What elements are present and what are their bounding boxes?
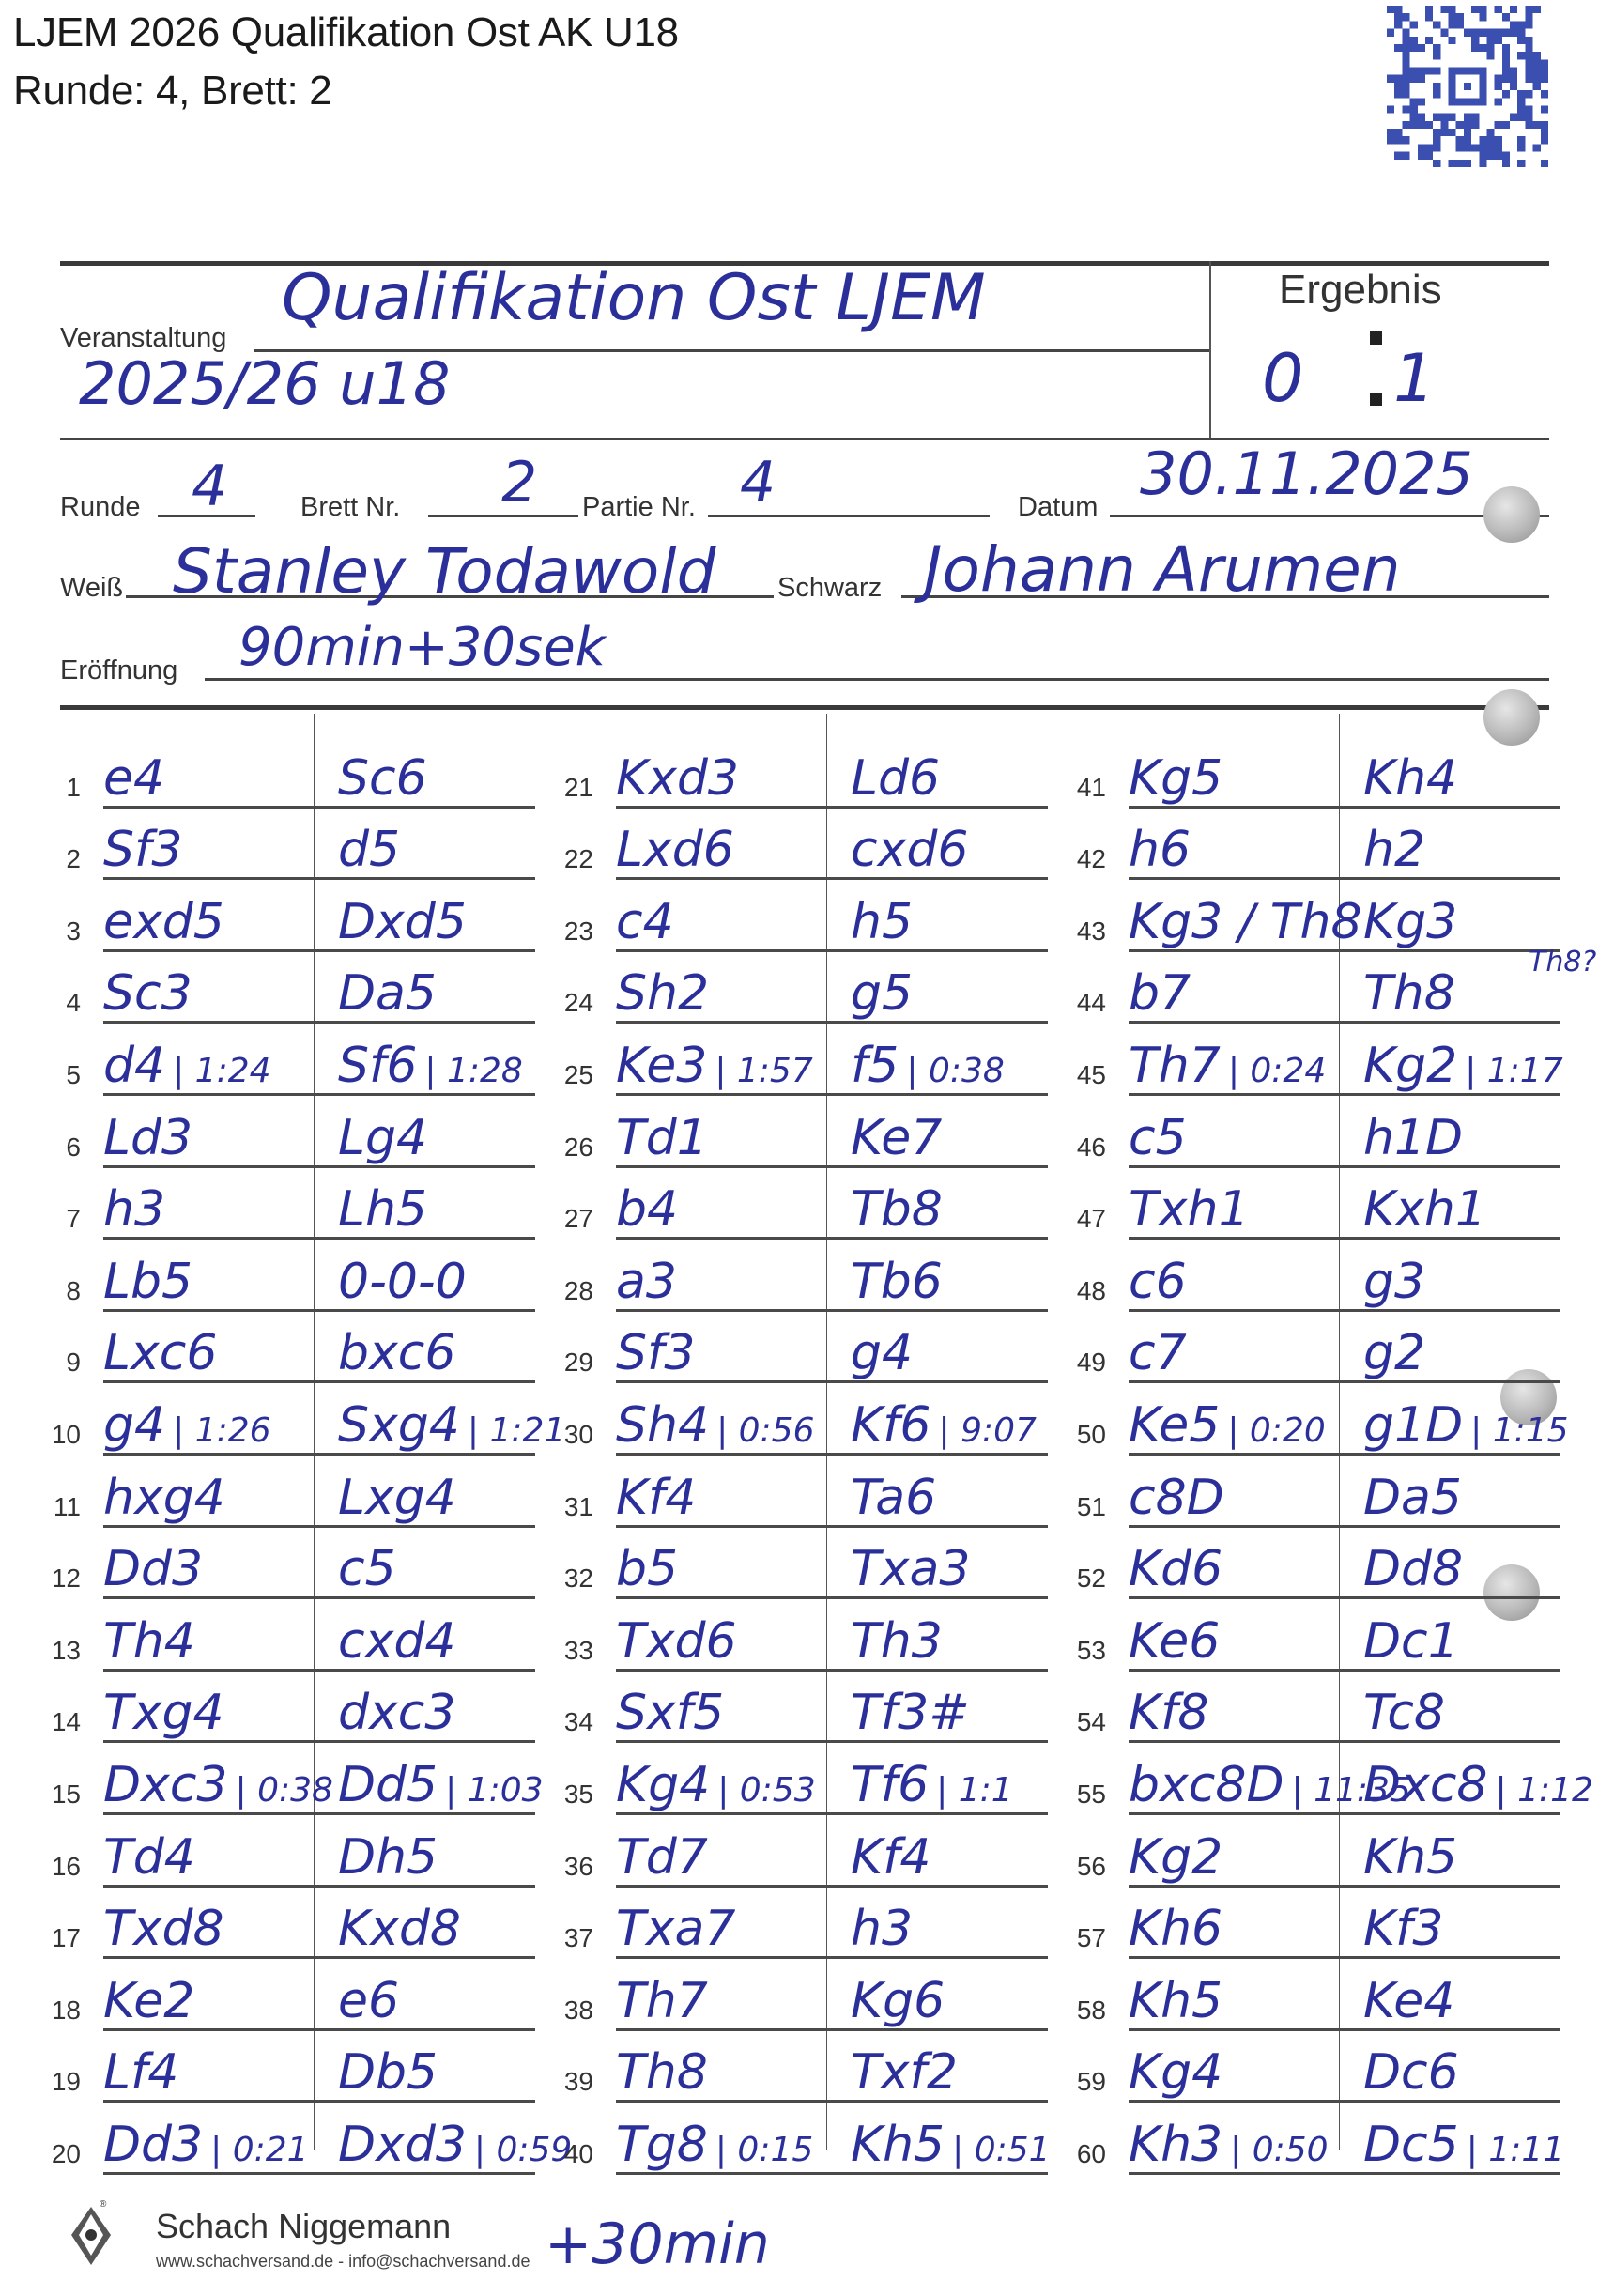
move-number: 1 (45, 773, 81, 803)
move-row: 10g4| 1:26Sxg4| 1:21 (60, 1383, 530, 1456)
black-move[interactable]: Tb6 (851, 1254, 943, 1310)
white-move[interactable]: Txg4 (103, 1685, 224, 1741)
move-row: 1e4Sc6 (60, 736, 530, 809)
move-row: 57Kh6Kf3 (1085, 1888, 1555, 1960)
game-number-label: Partie Nr. (582, 492, 696, 523)
time-control-note: +30min (545, 2211, 770, 2277)
black-move[interactable]: Kf6| 9:07 (851, 1397, 1037, 1454)
black-move[interactable]: g3 (1363, 1254, 1425, 1310)
black-move[interactable]: e6 (338, 1973, 399, 2029)
round-board-subtitle: Runde: 4, Brett: 2 (13, 68, 331, 115)
move-number: 18 (45, 1996, 81, 2026)
white-move[interactable]: Th8 (616, 2044, 708, 2101)
move-row: 37Txa7h3 (573, 1888, 1042, 1960)
move-number: 47 (1070, 1204, 1106, 1234)
black-move[interactable]: Txf2 (851, 2044, 958, 2101)
move-row: 60Kh3| 0:50Dc5| 1:11 (1085, 2103, 1555, 2175)
white-move[interactable]: Th7| 0:24 (1129, 1038, 1326, 1094)
opening-label: Eröffnung (60, 655, 177, 686)
result-label: Ergebnis (1279, 267, 1442, 314)
white-move[interactable]: Sc3 (103, 965, 192, 1022)
move-number: 3 (45, 917, 81, 947)
black-move[interactable]: Lxg4 (338, 1470, 456, 1526)
move-number: 46 (1070, 1133, 1106, 1163)
black-move[interactable]: Da5 (338, 965, 437, 1022)
white-move[interactable]: Kd6 (1129, 1541, 1222, 1597)
white-move[interactable]: Kg4| 0:53 (616, 1757, 816, 1813)
move-row: 42h6h2 (1085, 809, 1555, 881)
black-move[interactable]: Dc5| 1:11 (1363, 2117, 1564, 2173)
move-row: 49c7g2 (1085, 1312, 1555, 1384)
move-number: 10 (45, 1420, 81, 1450)
move-number: 11 (45, 1492, 81, 1522)
move-number: 50 (1070, 1420, 1106, 1450)
black-move[interactable]: Kf4 (851, 1829, 931, 1886)
move-number: 15 (45, 1780, 81, 1810)
white-move[interactable]: Lxd6 (616, 822, 734, 878)
game-number-value[interactable]: 4 (740, 455, 776, 511)
move-number: 51 (1070, 1492, 1106, 1522)
move-number: 55 (1070, 1780, 1106, 1810)
black-move[interactable]: f5| 0:38 (851, 1038, 1005, 1094)
white-move[interactable]: h6 (1129, 822, 1191, 878)
white-move[interactable]: Tg8| 0:15 (616, 2117, 813, 2173)
white-move[interactable]: b5 (616, 1541, 678, 1597)
move-number: 54 (1070, 1707, 1106, 1737)
white-player-value[interactable]: Stanley Todawold (173, 541, 716, 603)
black-move[interactable]: Tf6| 1:1 (851, 1757, 1013, 1813)
black-move[interactable]: Dxd3| 0:59 (338, 2117, 572, 2173)
move-row: 51c8DDa5 (1085, 1456, 1555, 1528)
white-move[interactable]: Txh1 (1129, 1181, 1250, 1238)
black-move[interactable]: g5 (851, 965, 913, 1022)
black-move[interactable]: h1D (1363, 1110, 1463, 1166)
white-move[interactable]: Lxc6 (103, 1325, 217, 1381)
move-number: 37 (558, 1923, 593, 1953)
move-row: 52Kd6Dd8 (1085, 1528, 1555, 1600)
black-move[interactable]: h2 (1363, 822, 1425, 878)
move-number: 8 (45, 1276, 81, 1306)
game-info-form: Ergebnis 0 1 Veranstaltung Qualifikation… (60, 261, 1549, 710)
black-move[interactable]: Dd8 (1363, 1541, 1463, 1597)
black-move[interactable]: Dd5| 1:03 (338, 1757, 544, 1813)
black-move[interactable]: Kg2| 1:17 (1363, 1038, 1563, 1094)
white-move[interactable]: Txa7 (616, 1901, 736, 1957)
white-move[interactable]: Kf4 (616, 1470, 697, 1526)
move-row: 31Kf4Ta6 (573, 1456, 1042, 1528)
black-move[interactable]: Tb8 (851, 1181, 943, 1238)
black-move[interactable]: Db5 (338, 2044, 438, 2101)
move-row: 3exd5Dxd5 (60, 880, 530, 952)
white-move[interactable]: exd5 (103, 894, 224, 950)
white-move[interactable]: Sxf5 (616, 1685, 724, 1741)
black-move[interactable]: Ke4 (1363, 1973, 1454, 2029)
move-number: 56 (1070, 1852, 1106, 1882)
black-move[interactable]: Txa3 (851, 1541, 971, 1597)
move-number: 38 (558, 1996, 593, 2026)
move-row: 14Txg4dxc3 (60, 1672, 530, 1744)
move-number: 24 (558, 988, 593, 1018)
black-move[interactable]: h3 (851, 1901, 913, 1957)
black-label: Schwarz (777, 573, 882, 604)
move-row: 7h3Lh5 (60, 1168, 530, 1240)
move-number: 53 (1070, 1636, 1106, 1666)
white-move[interactable]: Td4 (103, 1829, 195, 1886)
black-move[interactable]: Tf3# (851, 1685, 970, 1741)
black-move[interactable]: g1D| 1:15 (1363, 1397, 1569, 1454)
move-row: 11hxg4Lxg4 (60, 1456, 530, 1528)
black-move[interactable]: Lh5 (338, 1181, 427, 1238)
white-move[interactable]: Ke5| 0:20 (1129, 1397, 1326, 1454)
white-move[interactable]: Kf8 (1129, 1685, 1209, 1741)
white-move[interactable]: Kh5 (1129, 1973, 1222, 2029)
black-move[interactable]: cxd6 (851, 822, 968, 878)
move-number: 44 (1070, 988, 1106, 1018)
page-title: LJEM 2026 Qualifikation Ost AK U18 (13, 9, 679, 56)
white-move[interactable]: Kg5 (1129, 750, 1222, 807)
black-move[interactable]: Ke7 (851, 1110, 942, 1166)
black-move[interactable]: Ta6 (851, 1470, 936, 1526)
white-move[interactable]: Txd6 (616, 1613, 737, 1670)
move-number: 28 (558, 1276, 593, 1306)
black-move[interactable]: g2 (1363, 1325, 1425, 1381)
white-move[interactable]: Ld3 (103, 1110, 192, 1166)
move-number: 43 (1070, 917, 1106, 947)
result-black[interactable]: 1 (1393, 346, 1436, 411)
move-row: 55bxc8D| 11:35Dxc8| 1:12 (1085, 1743, 1555, 1815)
black-move[interactable]: h5 (851, 894, 913, 950)
move-number: 57 (1070, 1923, 1106, 1953)
move-row: 4Sc3Da5 (60, 952, 530, 1025)
move-row: 50Ke5| 0:20g1D| 1:15 (1085, 1383, 1555, 1456)
black-move[interactable]: bxc6 (338, 1325, 455, 1381)
white-move[interactable]: Td1 (616, 1110, 708, 1166)
move-number: 58 (1070, 1996, 1106, 2026)
move-number: 2 (45, 844, 81, 874)
move-row: 15Dxc3| 0:38Dd5| 1:03 (60, 1743, 530, 1815)
black-move[interactable]: Th8 (1363, 965, 1455, 1022)
black-move[interactable]: Dh5 (338, 1829, 438, 1886)
result-white[interactable]: 0 (1262, 346, 1304, 411)
opening-value[interactable]: 90min+30sek (238, 622, 606, 674)
move-number: 35 (558, 1780, 593, 1810)
move-number: 9 (45, 1348, 81, 1378)
move-row: 17Txd8Kxd8 (60, 1888, 530, 1960)
move-row: 59Kg4Dc6 (1085, 2031, 1555, 2103)
move-number: 29 (558, 1348, 593, 1378)
white-move[interactable]: Sf3 (616, 1325, 695, 1381)
black-move[interactable]: Kxd8 (338, 1901, 461, 1957)
white-move[interactable]: Ke2 (103, 1973, 194, 2029)
round-label: Runde (60, 492, 140, 523)
move-number: 45 (1070, 1060, 1106, 1090)
event-value-line2[interactable]: 2025/26 u18 (79, 355, 450, 413)
svg-text:®: ® (100, 2199, 107, 2210)
move-number: 49 (1070, 1348, 1106, 1378)
black-move[interactable]: Dc6 (1363, 2044, 1459, 2101)
margin-note: Th8? (1529, 948, 1596, 977)
move-row: 28a3Tb6 (573, 1240, 1042, 1312)
date-value[interactable]: 30.11.2025 (1140, 445, 1473, 503)
move-number: 32 (558, 1564, 593, 1594)
move-row: 9Lxc6bxc6 (60, 1312, 530, 1384)
white-move[interactable]: e4 (103, 750, 164, 807)
white-move[interactable]: Kxd3 (616, 750, 739, 807)
black-move[interactable]: Kg3 (1363, 894, 1457, 950)
white-move[interactable]: Ke3| 1:57 (616, 1038, 813, 1094)
move-row: 26Td1Ke7 (573, 1096, 1042, 1168)
black-move[interactable]: Dc1 (1363, 1613, 1459, 1670)
move-number: 21 (558, 773, 593, 803)
white-move[interactable]: Th4 (103, 1613, 195, 1670)
move-row: 33Txd6Th3 (573, 1599, 1042, 1672)
black-move[interactable]: Kf3 (1363, 1901, 1444, 1957)
black-move[interactable]: Sxg4| 1:21 (338, 1397, 565, 1454)
black-move[interactable]: cxd4 (338, 1613, 455, 1670)
black-move[interactable]: c5 (338, 1541, 396, 1597)
move-number: 17 (45, 1923, 81, 1953)
move-row: 41Kg5Kh4 (1085, 736, 1555, 809)
moves-table: 1e4Sc62Sf3d53exd5Dxd54Sc3Da55d4| 1:24Sf6… (60, 714, 1549, 2150)
white-move[interactable]: d4| 1:24 (103, 1038, 271, 1094)
move-number: 59 (1070, 2067, 1106, 2097)
move-number: 26 (558, 1133, 593, 1163)
move-number: 52 (1070, 1564, 1106, 1594)
move-row: 5d4| 1:24Sf6| 1:28 (60, 1024, 530, 1096)
move-number: 31 (558, 1492, 593, 1522)
punch-hole (1483, 486, 1540, 543)
black-move[interactable]: Sf6| 1:28 (338, 1038, 523, 1094)
move-number: 36 (558, 1852, 593, 1882)
white-move[interactable]: c8D (1129, 1470, 1224, 1526)
move-number: 39 (558, 2067, 593, 2097)
move-number: 6 (45, 1133, 81, 1163)
move-row: 48c6g3 (1085, 1240, 1555, 1312)
black-move[interactable]: Th3 (851, 1613, 943, 1670)
white-move[interactable]: b7 (1129, 965, 1191, 1022)
white-move[interactable]: c5 (1129, 1110, 1187, 1166)
move-number: 41 (1070, 773, 1106, 803)
white-move[interactable]: Kg2 (1129, 1829, 1222, 1886)
white-move[interactable]: Th7 (616, 1973, 708, 2029)
move-row: 21Kxd3Ld6 (573, 736, 1042, 809)
move-number: 7 (45, 1204, 81, 1234)
black-move[interactable]: Kxh1 (1363, 1181, 1486, 1238)
move-row: 43Kg3 / Th8Kg3 (1085, 880, 1555, 952)
move-row: 38Th7Kg6 (573, 1959, 1042, 2031)
move-number: 4 (45, 988, 81, 1018)
move-row: 8Lb50-0-0 (60, 1240, 530, 1312)
move-row: 53Ke6Dc1 (1085, 1599, 1555, 1672)
event-value[interactable]: Qualifikation Ost LJEM (282, 267, 986, 331)
move-number: 22 (558, 844, 593, 874)
move-number: 40 (558, 2139, 593, 2169)
move-row: 27b4Tb8 (573, 1168, 1042, 1240)
move-number: 33 (558, 1636, 593, 1666)
black-move[interactable]: Dxd5 (338, 894, 467, 950)
move-row: 6Ld3Lg4 (60, 1096, 530, 1168)
white-move[interactable]: Lf4 (103, 2044, 178, 2101)
move-number: 34 (558, 1707, 593, 1737)
white-move[interactable]: Sh4| 0:56 (616, 1397, 814, 1454)
black-move[interactable]: Tc8 (1363, 1685, 1445, 1741)
move-row: 25Ke3| 1:57f5| 0:38 (573, 1024, 1042, 1096)
move-number: 13 (45, 1636, 81, 1666)
move-row: 47Txh1Kxh1 (1085, 1168, 1555, 1240)
white-move[interactable]: Td7 (616, 1829, 708, 1886)
move-number: 23 (558, 917, 593, 947)
date-label: Datum (1018, 492, 1098, 523)
white-label: Weiß (60, 573, 123, 604)
move-row: 30Sh4| 0:56Kf6| 9:07 (573, 1383, 1042, 1456)
move-number: 60 (1070, 2139, 1106, 2169)
black-move[interactable]: Da5 (1363, 1470, 1462, 1526)
move-row: 24Sh2g5 (573, 952, 1042, 1025)
black-move[interactable]: Ld6 (851, 750, 940, 807)
move-number: 19 (45, 2067, 81, 2097)
board-label: Brett Nr. (300, 492, 400, 523)
white-move[interactable]: g4| 1:26 (103, 1397, 271, 1454)
black-move[interactable]: Kh5 (1363, 1829, 1457, 1886)
white-move[interactable]: Kh6 (1129, 1901, 1222, 1957)
move-row: 23c4h5 (573, 880, 1042, 952)
move-row: 39Th8Txf2 (573, 2031, 1042, 2103)
black-move[interactable]: g4 (851, 1325, 913, 1381)
move-row: 58Kh5Ke4 (1085, 1959, 1555, 2031)
move-number: 12 (45, 1564, 81, 1594)
move-row: 29Sf3g4 (573, 1312, 1042, 1384)
white-move[interactable]: Kh3| 0:50 (1129, 2117, 1329, 2173)
move-row: 18Ke2e6 (60, 1959, 530, 2031)
white-move[interactable]: b4 (616, 1181, 678, 1238)
black-move[interactable]: Kg6 (851, 1973, 945, 2029)
move-number: 5 (45, 1060, 81, 1090)
black-move[interactable]: Dxc8| 1:12 (1363, 1757, 1593, 1813)
move-number: 27 (558, 1204, 593, 1234)
white-move[interactable]: Sh2 (616, 965, 709, 1022)
black-move[interactable]: d5 (338, 822, 400, 878)
move-row: 2Sf3d5 (60, 809, 530, 881)
move-number: 14 (45, 1707, 81, 1737)
round-value[interactable]: 4 (192, 458, 227, 515)
brand-name: Schach Niggemann (156, 2207, 451, 2246)
white-move[interactable]: h3 (103, 1181, 165, 1238)
white-move[interactable]: c6 (1129, 1254, 1187, 1310)
move-number: 42 (1070, 844, 1106, 874)
move-row: 54Kf8Tc8 (1085, 1672, 1555, 1744)
move-number: 30 (558, 1420, 593, 1450)
move-number: 25 (558, 1060, 593, 1090)
black-move[interactable]: Lg4 (338, 1110, 427, 1166)
white-move[interactable]: Kg4 (1129, 2044, 1222, 2101)
black-move[interactable]: Kh4 (1363, 750, 1457, 807)
white-move[interactable]: Dd3 (103, 1541, 203, 1597)
move-row: 36Td7Kf4 (573, 1815, 1042, 1888)
black-player-value[interactable]: Johann Arumen (924, 539, 1401, 601)
move-row: 12Dd3c5 (60, 1528, 530, 1600)
move-row: 34Sxf5Tf3# (573, 1672, 1042, 1744)
board-value[interactable]: 2 (501, 455, 537, 511)
move-number: 16 (45, 1852, 81, 1882)
move-number: 48 (1070, 1276, 1106, 1306)
move-row: 46c5h1D (1085, 1096, 1555, 1168)
move-row: 19Lf4Db5 (60, 2031, 530, 2103)
black-move[interactable]: dxc3 (338, 1685, 455, 1741)
move-row: 13Th4cxd4 (60, 1599, 530, 1672)
move-row: 44b7Th8 (1085, 952, 1555, 1025)
move-row: 45Th7| 0:24Kg2| 1:17 (1085, 1024, 1555, 1096)
white-move[interactable]: hxg4 (103, 1470, 225, 1526)
white-move[interactable]: Kg3 / Th8 (1129, 894, 1362, 950)
white-move[interactable]: Dxc3| 0:38 (103, 1757, 333, 1813)
white-move[interactable]: c4 (616, 894, 674, 950)
white-move[interactable]: Txd8 (103, 1901, 224, 1957)
black-move[interactable]: Sc6 (338, 750, 427, 807)
chess-board-logo-icon: ® (71, 2197, 111, 2273)
move-number: 20 (45, 2139, 81, 2169)
white-move[interactable]: c7 (1129, 1325, 1187, 1381)
move-row: 22Lxd6cxd6 (573, 809, 1042, 881)
move-row: 32b5Txa3 (573, 1528, 1042, 1600)
black-move[interactable]: Kh5| 0:51 (851, 2117, 1051, 2173)
move-row: 40Tg8| 0:15Kh5| 0:51 (573, 2103, 1042, 2175)
move-row: 35Kg4| 0:53Tf6| 1:1 (573, 1743, 1042, 1815)
white-move[interactable]: Ke6 (1129, 1613, 1220, 1670)
move-row: 56Kg2Kh5 (1085, 1815, 1555, 1888)
black-move[interactable]: 0-0-0 (338, 1254, 467, 1310)
move-row: 16Td4Dh5 (60, 1815, 530, 1888)
white-move[interactable]: Dd3| 0:21 (103, 2117, 309, 2173)
move-row: 20Dd3| 0:21Dxd3| 0:59 (60, 2103, 530, 2175)
white-move[interactable]: Sf3 (103, 822, 182, 878)
white-move[interactable]: Lb5 (103, 1254, 192, 1310)
qr-code-icon (1384, 6, 1551, 167)
white-move[interactable]: a3 (616, 1254, 677, 1310)
brand-contact: www.schachversand.de - info@schachversan… (156, 2252, 530, 2272)
